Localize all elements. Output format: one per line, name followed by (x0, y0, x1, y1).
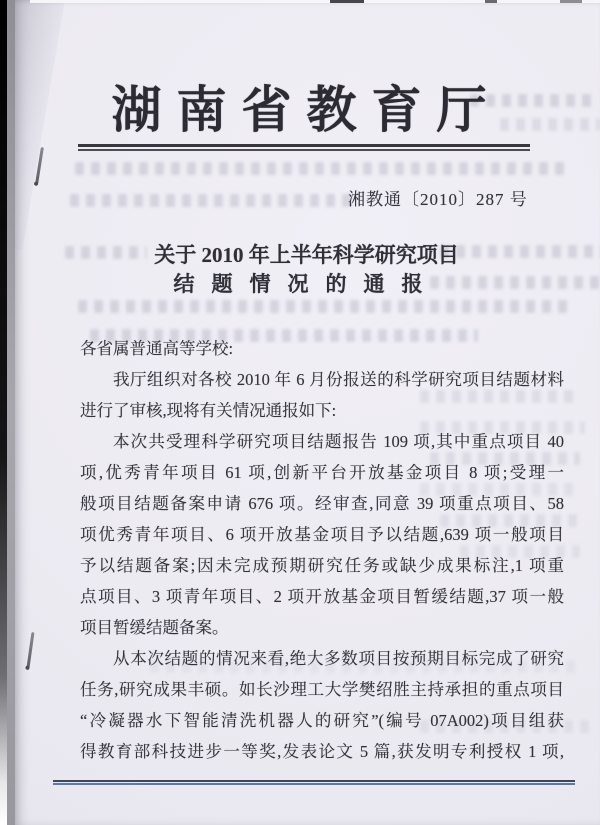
masthead-rule (78, 144, 530, 151)
body-line: 项优秀青年项目、6 项开放基金项目予以结题,639 项一般项目 (80, 519, 564, 550)
body-line: 进行了审核,现将有关情况通报如下: (80, 395, 564, 426)
scan-debris-mark (560, 0, 582, 3)
staple-dot (34, 181, 39, 186)
document-number: 湘教通〔2010〕287 号 (348, 185, 528, 210)
footer-rule-blue (53, 783, 575, 785)
body-line: 项目暂缓结题备案。 (80, 612, 564, 643)
body-line: 点项目、3 项青年项目、2 项开放基金项目暂缓结题,37 项一般 (80, 581, 564, 612)
masthead-rule-thin (78, 149, 530, 151)
agency-masthead: 湖南省教育厅 (13, 83, 600, 138)
scan-canvas: 湖南省教育厅 湘教通〔2010〕287 号 关于 2010 年上半年科学研究项目… (0, 0, 600, 825)
salutation: 各省属普通高等学校: (80, 333, 564, 364)
staple-mark (27, 632, 34, 668)
body-line: 般项目结题备案申请 676 项。经审查,同意 39 项重点项目、58 (80, 488, 564, 519)
body-line: “冷凝器水下智能清洗机器人的研究”(编号 07A002)项目组获 (80, 705, 564, 736)
document-body: 各省属普通高等学校: 我厅组织对各校 2010 年 6 月份报送的科学研究项目结… (80, 333, 564, 767)
document-page: 湖南省教育厅 湘教通〔2010〕287 号 关于 2010 年上半年科学研究项目… (13, 0, 600, 825)
scanner-lid-strip (30, 0, 600, 3)
bleedthrough-artifact (70, 194, 356, 207)
body-line: 任务,研究成果丰硕。如长沙理工大学樊绍胜主持承担的重点项目 (80, 674, 564, 705)
body-line: 从本次结题的情况来看,绝大多数项目按预期目标完成了研究 (80, 643, 564, 674)
scan-debris-mark (485, 0, 497, 3)
masthead-rule-thick (78, 144, 530, 147)
body-line: 我厅组织对各校 2010 年 6 月份报送的科学研究项目结题材料 (80, 364, 564, 395)
page-stack-edge (7, 0, 15, 825)
title-line-2: 结题情况的通报 (13, 270, 600, 299)
title-line-1: 关于 2010 年上半年科学研究项目 (13, 241, 600, 270)
body-line: 本次共受理科学研究项目结题报告 109 项,其中重点项目 40 (80, 426, 564, 457)
scanner-edge (0, 0, 7, 825)
footer-rule (53, 780, 575, 785)
bleedthrough-artifact (75, 162, 567, 175)
body-line: 项,优秀青年项目 61 项,创新平台开放基金项目 8 项;受理一 (80, 457, 564, 488)
body-line: 得教育部科技进步一等奖,发表论文 5 篇,获发明专利授权 1 项, (80, 736, 564, 767)
bleedthrough-artifact (78, 300, 568, 313)
staple-dot (25, 666, 30, 671)
footer-rule-dark (53, 780, 575, 782)
document-title: 关于 2010 年上半年科学研究项目 结题情况的通报 (13, 241, 600, 299)
body-line: 予以结题备案;因未完成预期研究任务或缺少成果标注,1 项重 (80, 550, 564, 581)
scan-debris-mark (330, 0, 364, 3)
